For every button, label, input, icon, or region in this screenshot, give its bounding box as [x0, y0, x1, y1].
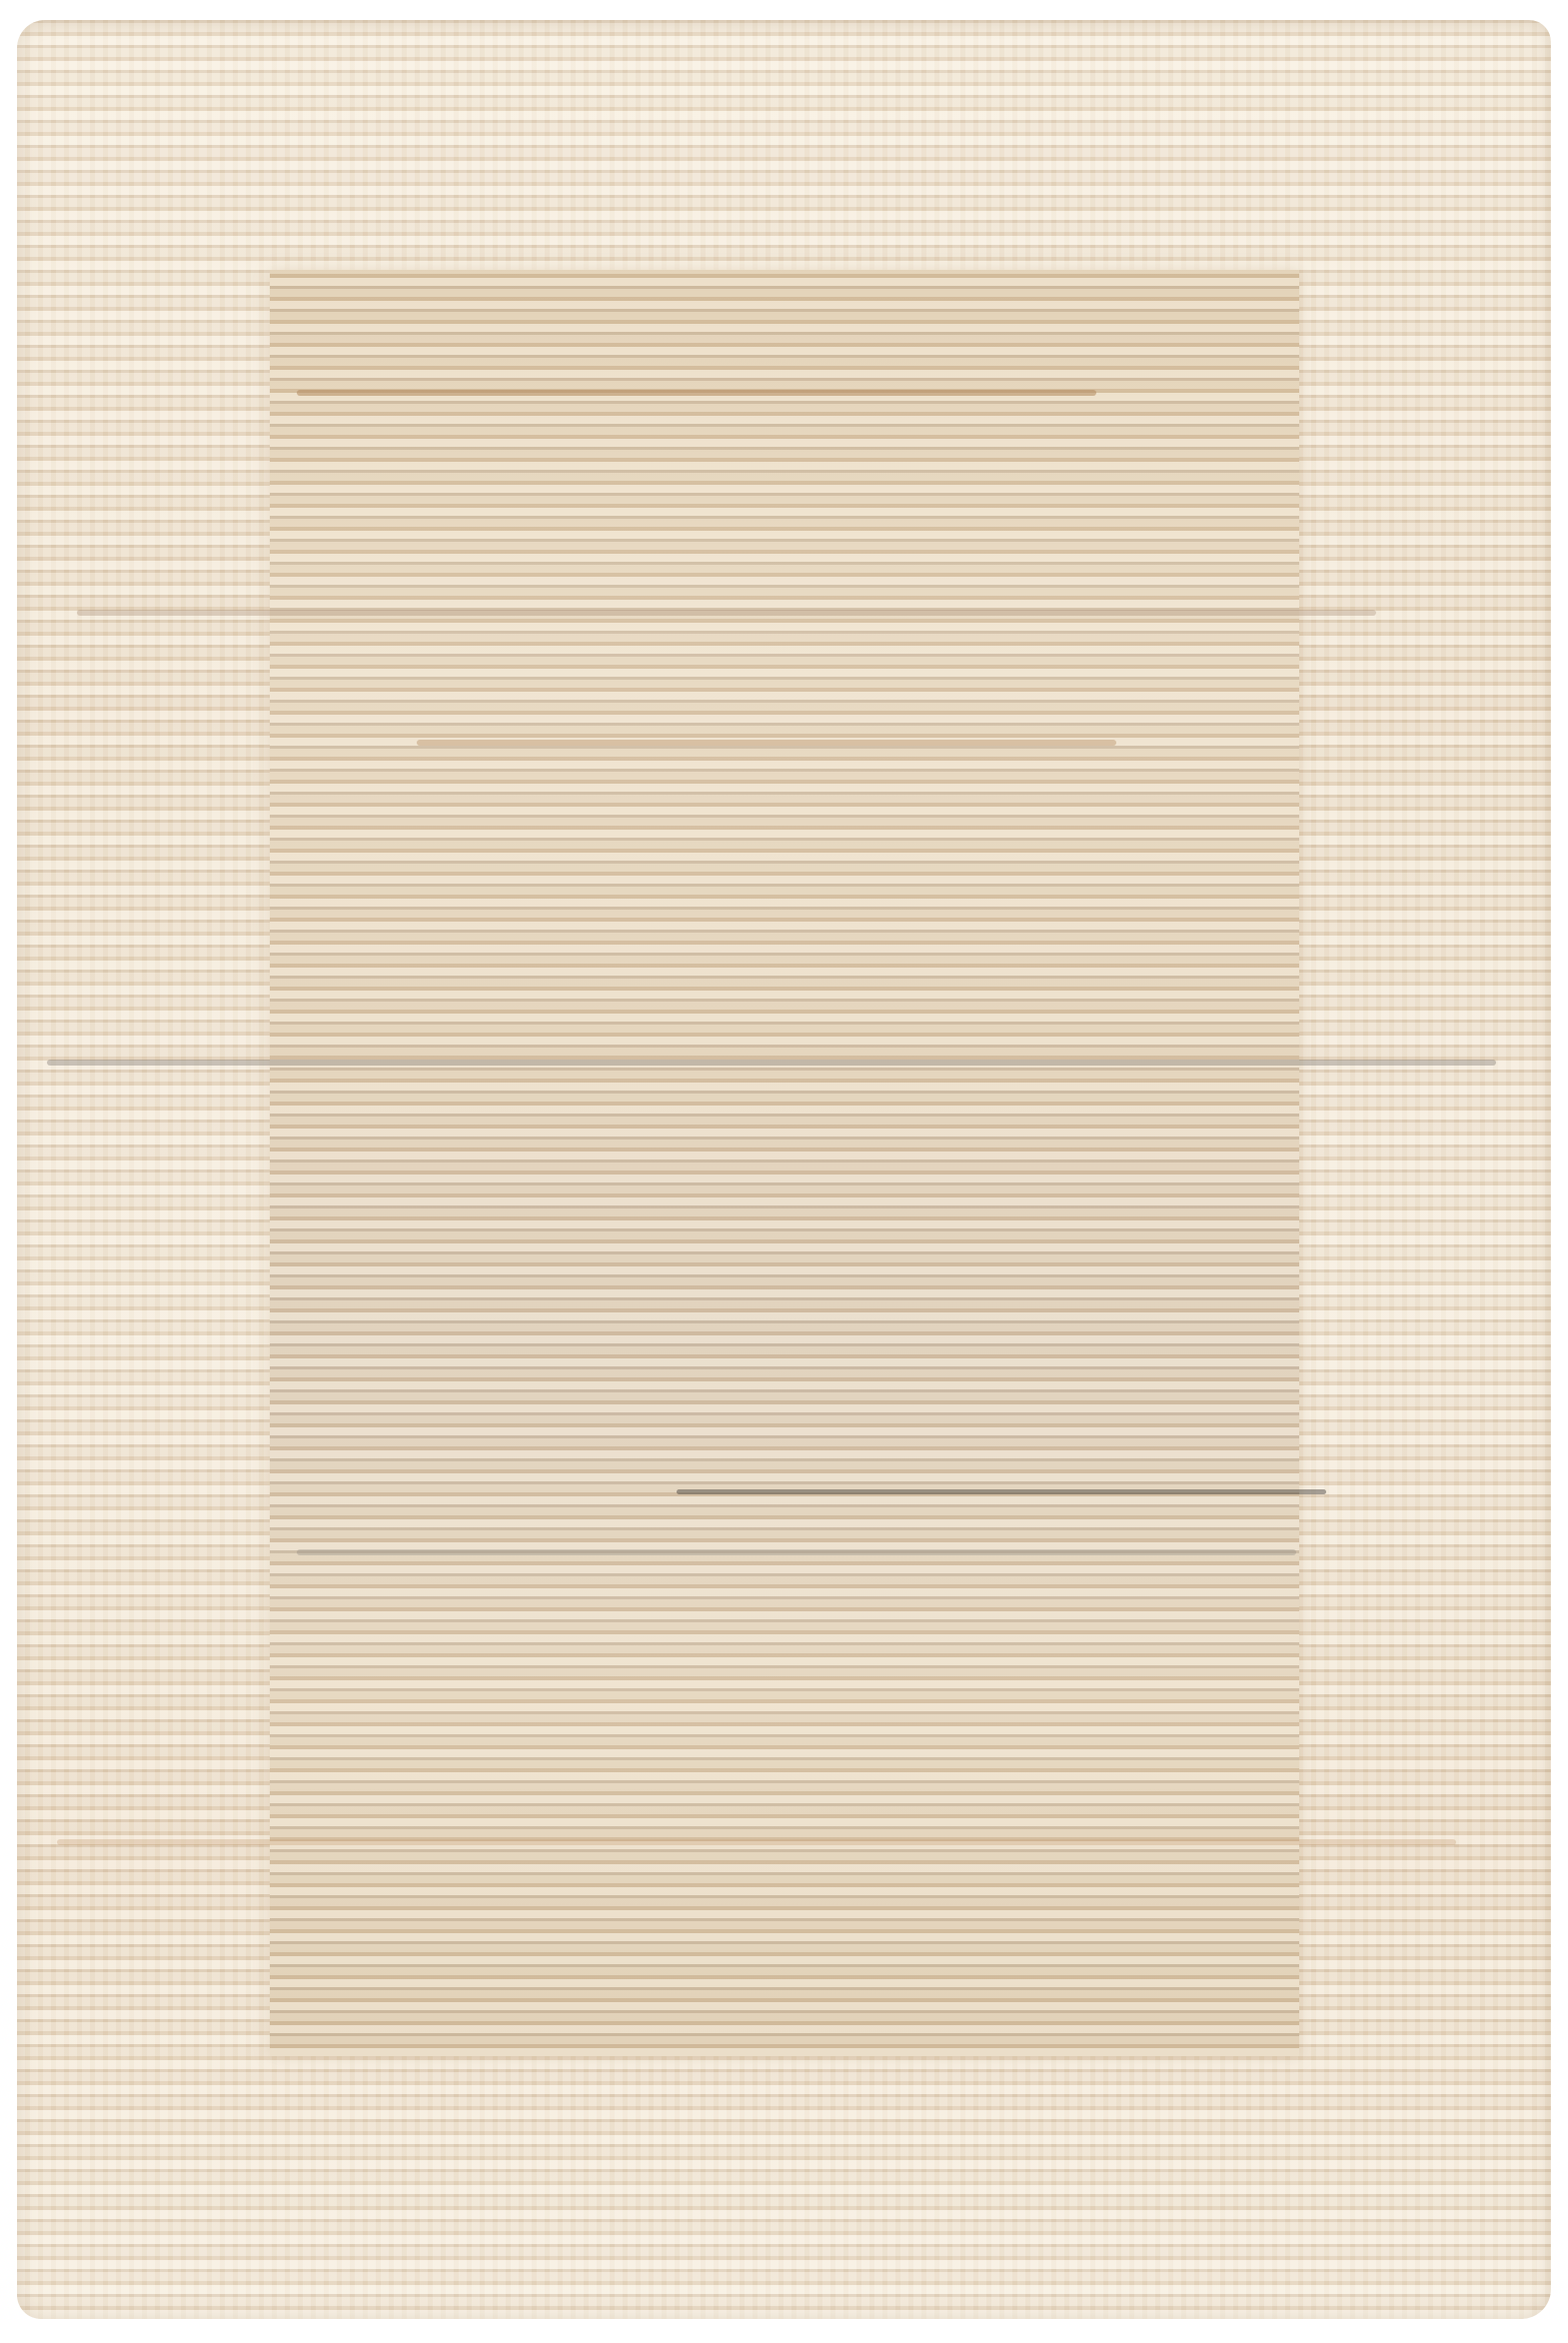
rug-inner-panel: [270, 270, 1299, 2056]
rug-streak: [57, 1839, 1456, 1845]
rug-streak: [47, 1060, 1496, 1066]
rug-streak: [77, 610, 1376, 616]
rug-streak: [417, 740, 1116, 746]
rug: [17, 20, 1551, 2319]
rug-streak: [297, 390, 1096, 396]
rug-streak: [677, 1489, 1326, 1494]
rug-streak: [297, 1549, 1296, 1555]
